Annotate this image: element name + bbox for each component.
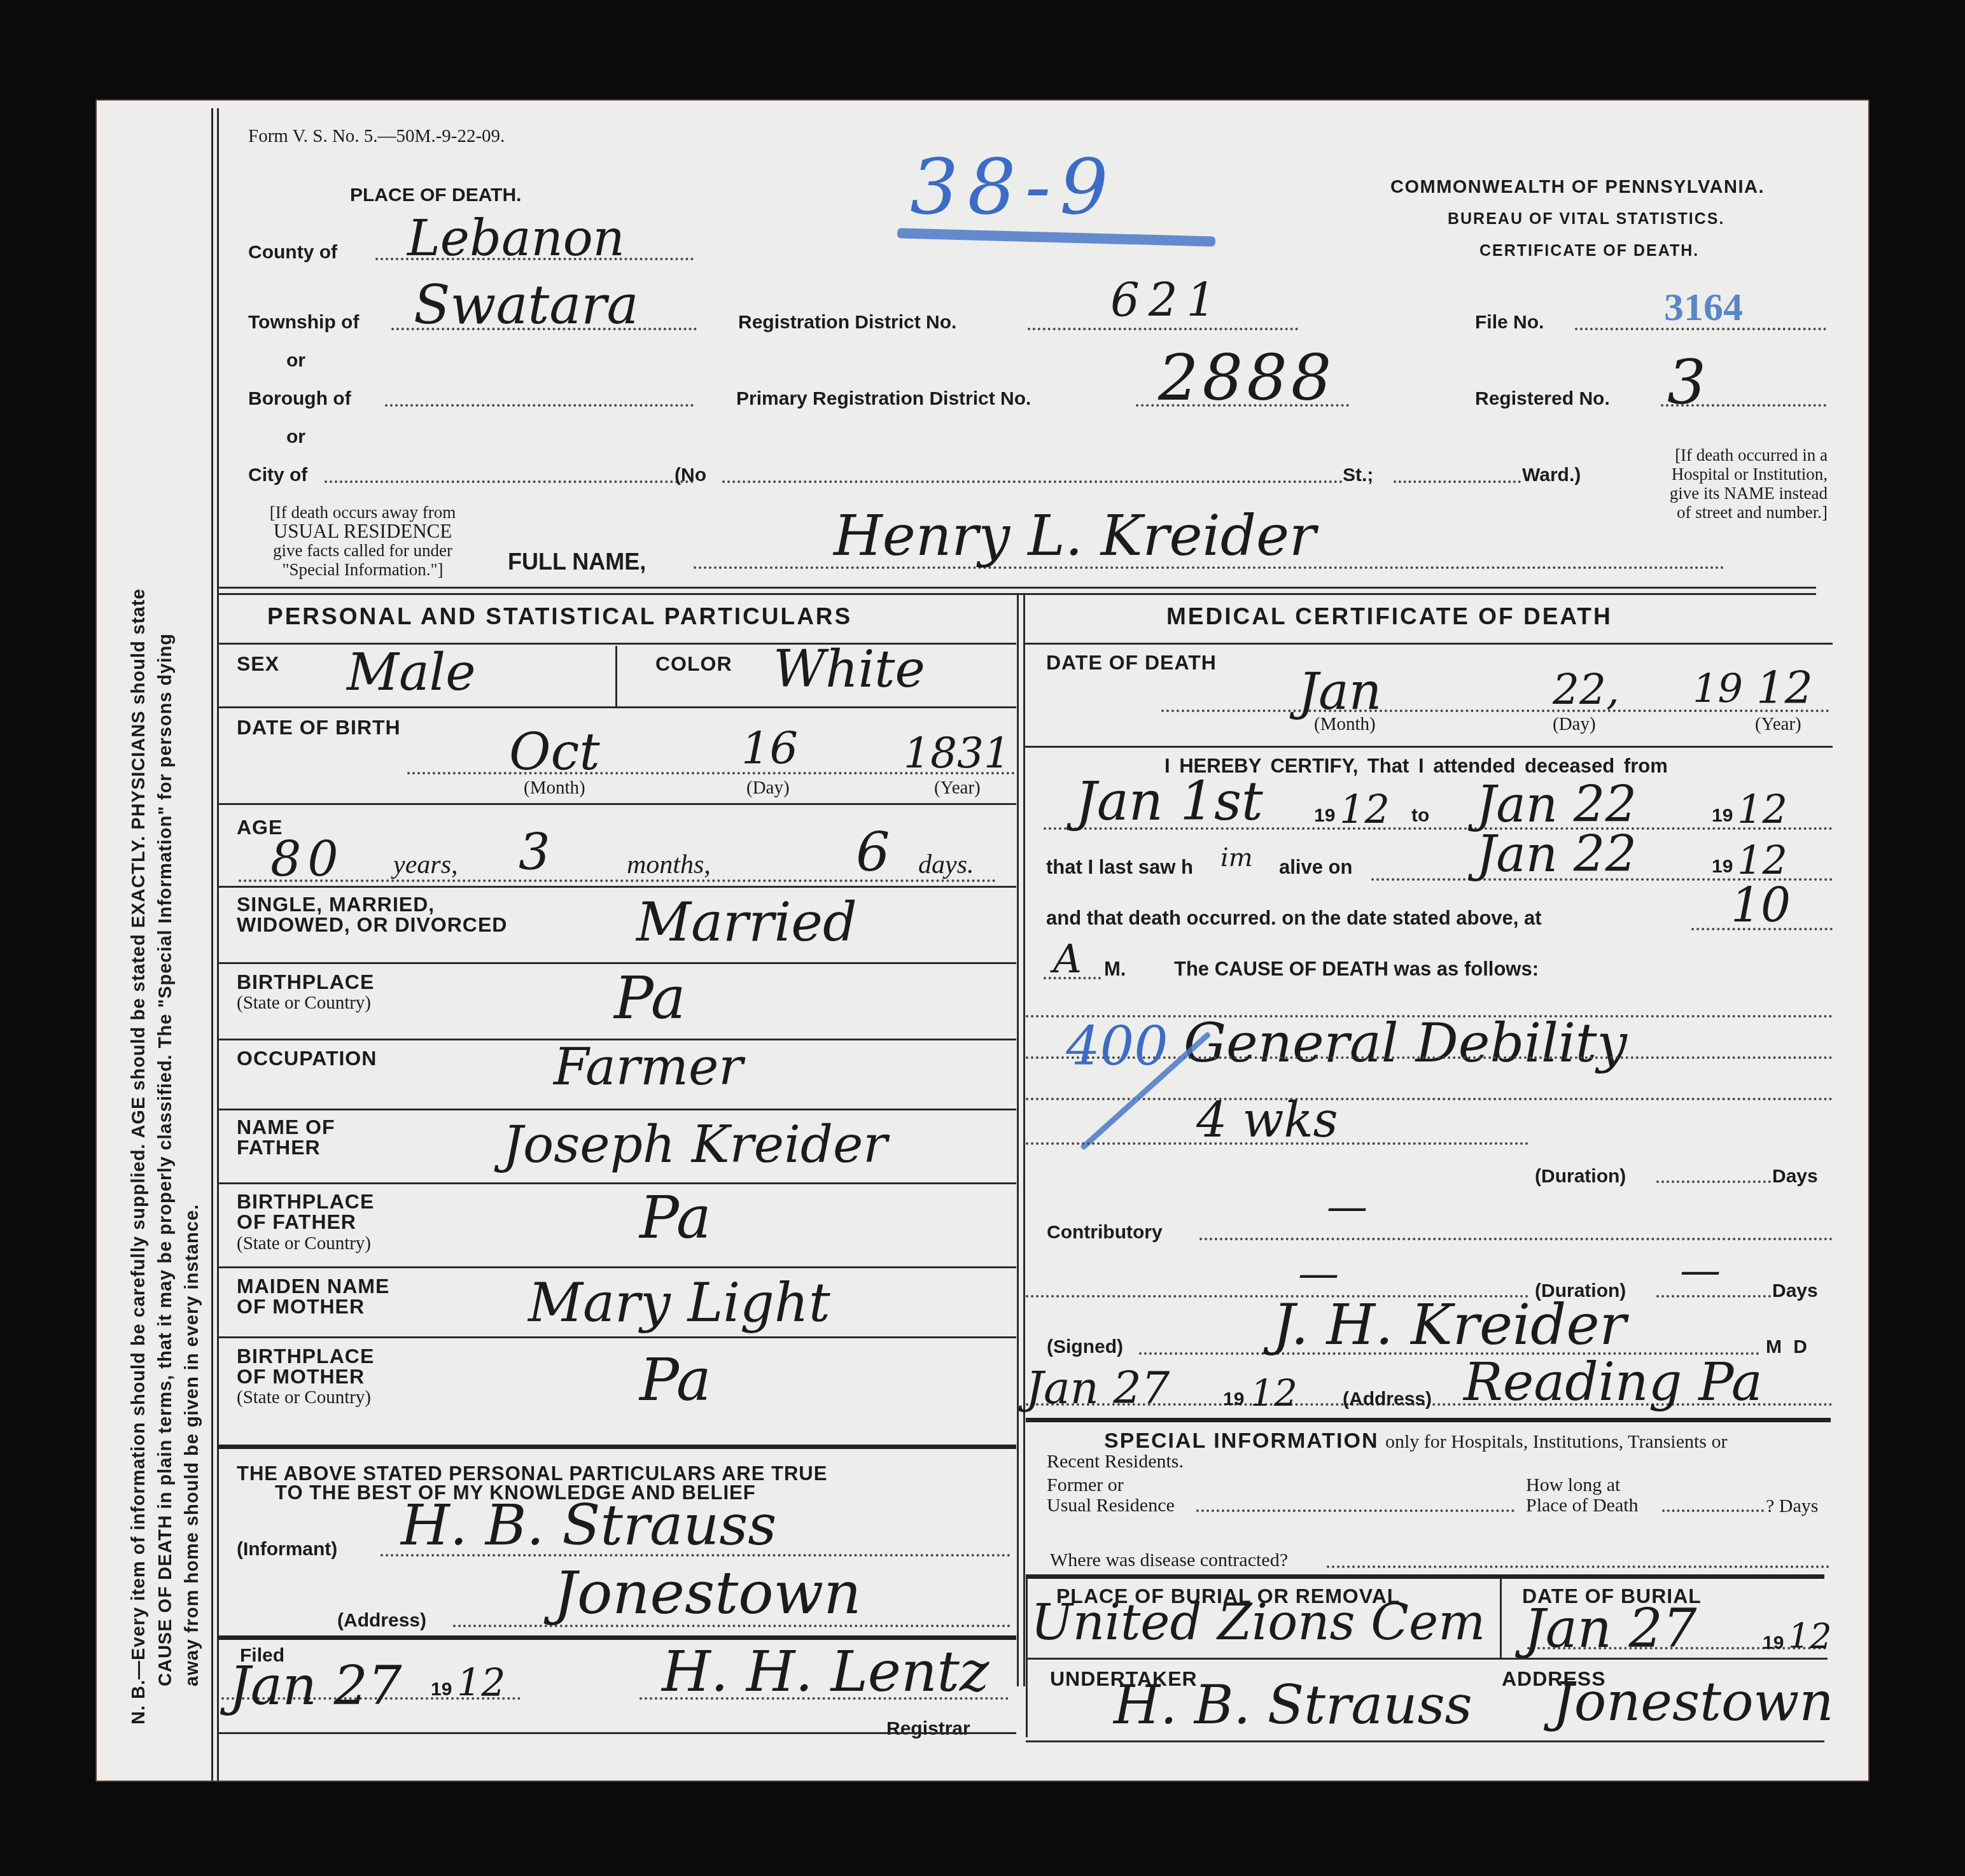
last-saw-year: 12 (1737, 837, 1787, 883)
borough-field-line (385, 404, 694, 407)
contributory-label: Contributory (1047, 1222, 1163, 1243)
how-long-days: ? Days (1766, 1495, 1818, 1517)
burial-divider (1500, 1578, 1502, 1658)
primary-district-label: Primary Registration District No. (736, 388, 1031, 410)
contributory-dash: — (1298, 1250, 1339, 1298)
residence-note-line: USUAL RESIDENCE (245, 522, 480, 541)
burial-year-prefix: 19 (1763, 1632, 1784, 1654)
how-long-label: How long at Place of Death (1526, 1475, 1639, 1516)
ward-field-line (1394, 480, 1521, 483)
attended-to-year: 12 (1737, 786, 1787, 832)
registration-district-value: 621 (1110, 274, 1224, 327)
physician-address-label: (Address) (1343, 1389, 1432, 1410)
dob-year: 1831 (904, 729, 1010, 778)
birthplace-caption: (State or Country) (237, 993, 371, 1014)
father-label-line: NAME OF (237, 1117, 335, 1137)
row-rule (218, 1182, 1016, 1184)
age-days: 6 (856, 821, 890, 883)
occupation-value: Farmer (554, 1037, 743, 1096)
former-label-line: Former or (1047, 1475, 1175, 1495)
title-line-2: BUREAU OF VITAL STATISTICS. (1448, 210, 1724, 228)
dob-label: DATE OF BIRTH (237, 716, 401, 739)
contributory-value: — (1327, 1184, 1367, 1231)
row-rule (218, 886, 1016, 888)
mother-birthplace-caption: (State or Country) (237, 1387, 371, 1408)
full-name-value: Henry L. Kreider (834, 503, 1316, 568)
mother-label-line: MAIDEN NAME (237, 1276, 389, 1296)
contracted-line (1327, 1565, 1829, 1568)
signed-year-prefix: 19 (1223, 1389, 1244, 1410)
contributory-days-label: Days (1772, 1280, 1818, 1302)
signed-year: 12 (1250, 1371, 1297, 1415)
color-label: COLOR (655, 652, 732, 676)
occupation-label: OCCUPATION (237, 1047, 377, 1070)
center-divider-1 (1017, 595, 1019, 1686)
hospital-note-line: Hospital or Institution, (1611, 465, 1828, 484)
row-rule (218, 1109, 1016, 1110)
undertaker-value: H. B. Strauss (1114, 1674, 1472, 1736)
mother-bp-label-line: OF MOTHER (237, 1366, 374, 1387)
file-no-value: 3164 (1664, 285, 1743, 330)
age-years-word: years, (393, 850, 458, 880)
marital-value: Married (636, 891, 857, 953)
former-residence-label: Former or Usual Residence (1047, 1475, 1175, 1516)
margin-note-line3: away from home should be given in every … (181, 1204, 204, 1686)
m-label: M. (1104, 958, 1126, 981)
row-rule (218, 1266, 1016, 1268)
meridiem-value: A (1053, 935, 1082, 982)
primary-district-value: 2888 (1158, 340, 1336, 415)
burial-date-value: Jan 27 (1524, 1597, 1696, 1660)
street-number-label: (No (675, 465, 706, 486)
contributory-duration-value: — (1680, 1247, 1721, 1294)
residence-note-line: [If death occurs away from (245, 503, 480, 522)
informant-label: (Informant) (237, 1539, 337, 1560)
dob-month-caption: (Month) (524, 778, 585, 799)
residence-note: [If death occurs away from USUAL RESIDEN… (245, 503, 480, 579)
registration-district-line (1028, 328, 1298, 330)
or-label-1: or (286, 350, 305, 372)
cause-value: General Debility (1184, 1012, 1627, 1074)
borough-label: Borough of (248, 388, 351, 410)
registered-no-value: 3 (1667, 347, 1706, 418)
row-rule (1026, 1658, 1828, 1660)
full-name-label: FULL NAME, (508, 549, 646, 575)
county-label: County of (248, 242, 337, 263)
row-rule (1026, 1740, 1824, 1742)
attended-from: Jan 1st (1075, 770, 1263, 832)
how-long-line (1662, 1509, 1764, 1512)
personal-heading: PERSONAL AND STATISTICAL PARTICULARS (267, 603, 852, 630)
margin-note-line2: CAUSE OF DEATH in plain terms, that it m… (154, 633, 177, 1686)
dod-day-caption: (Day) (1553, 714, 1596, 735)
burial-place-value: United Zions Cem (1031, 1594, 1485, 1651)
undertaker-address-value: Jonestown (1553, 1670, 1834, 1733)
age-years: 80 (270, 830, 345, 887)
marital-label-line: SINGLE, MARRIED, (237, 894, 507, 914)
county-value: Lebanon (407, 210, 625, 267)
section-rule (1026, 1418, 1831, 1422)
township-label: Township of (248, 312, 359, 333)
file-no-label: File No. (1475, 312, 1544, 333)
or-label-2: or (286, 426, 305, 448)
father-bp-label-line: BIRTHPLACE (237, 1191, 374, 1212)
birthplace-label: BIRTHPLACE (237, 970, 374, 994)
md-label: M D (1766, 1336, 1807, 1358)
dod-label: DATE OF DEATH (1046, 651, 1217, 675)
attended-from-year: 12 (1339, 786, 1390, 832)
duration-value: 4 wks (1196, 1091, 1338, 1148)
marital-label: SINGLE, MARRIED, WIDOWED, OR DIVORCED (237, 894, 507, 935)
signed-date: Jan 27 (1026, 1362, 1170, 1414)
sex-color-divider (615, 646, 617, 706)
registered-no-label: Registered No. (1475, 388, 1610, 410)
duration-days-label: Days (1772, 1166, 1818, 1187)
attended-to-year-prefix: 19 (1712, 805, 1733, 827)
row-rule (218, 803, 1016, 805)
hospital-note-line: give its NAME instead (1611, 484, 1828, 503)
mother-value: Mary Light (528, 1271, 830, 1334)
contributory-days-line (1656, 1295, 1771, 1298)
registrar-signature: H. H. Lentz (662, 1639, 989, 1704)
signed-label: (Signed) (1047, 1336, 1123, 1358)
row-rule (218, 1732, 1016, 1734)
color-value: White (773, 640, 925, 699)
filed-date: Jan 27 (229, 1655, 402, 1717)
last-saw-date: Jan 22 (1476, 826, 1637, 883)
residence-note-line: "Special Information."] (245, 560, 480, 579)
dob-month: Oct (509, 722, 600, 781)
stamp-code-text: 400 (1066, 1015, 1168, 1077)
informant-address-label: (Address) (337, 1610, 426, 1632)
dod-year: 12 (1756, 662, 1813, 714)
dob-year-caption: (Year) (934, 778, 981, 799)
last-saw-pronoun: im (1220, 843, 1253, 872)
father-birthplace-value: Pa (640, 1184, 711, 1252)
stamp-number: 38-9 (910, 143, 1117, 232)
city-field-line (325, 480, 694, 483)
sex-value: Male (347, 643, 476, 702)
filed-year-prefix: 19 (431, 1679, 452, 1700)
header-rule-1 (218, 587, 1816, 589)
father-birthplace-caption: (State or Country) (237, 1233, 371, 1254)
mother-label: MAIDEN NAME OF MOTHER (237, 1276, 389, 1317)
burial-year: 12 (1788, 1616, 1832, 1656)
to-label: to (1411, 805, 1429, 827)
birthplace-value: Pa (614, 964, 686, 1032)
attended-to: Jan 22 (1476, 776, 1637, 834)
form-number: Form V. S. No. 5.—50M.-9-22-09. (248, 126, 505, 147)
alive-on-label: alive on (1279, 856, 1352, 879)
registrar-label: Registrar (886, 1718, 970, 1740)
physician-address: Reading Pa (1464, 1352, 1763, 1413)
ward-label: Ward.) (1522, 465, 1581, 486)
section-rule (218, 1445, 1016, 1449)
dob-day: 16 (741, 722, 798, 774)
street-label: St.; (1343, 465, 1373, 486)
row-rule (1024, 746, 1833, 748)
filed-year: 12 (457, 1661, 505, 1705)
informant-address-value: Jonestown (554, 1559, 862, 1627)
title-line-1: COMMONWEALTH OF PENNSYLVANIA. (1390, 177, 1765, 198)
father-value: Joseph Kreider (503, 1115, 888, 1174)
father-label-line: FATHER (237, 1137, 335, 1158)
father-bp-label-line: OF FATHER (237, 1212, 374, 1232)
section-rule (1026, 1574, 1824, 1579)
father-label: NAME OF FATHER (237, 1117, 335, 1158)
special-heading: SPECIAL INFORMATION only for Hospitals, … (1104, 1429, 1728, 1453)
center-divider-2 (1023, 595, 1025, 1686)
cause-line-3 (1026, 1098, 1833, 1100)
margin-note-line1: N. B.—Every item of information should b… (127, 589, 150, 1725)
contributory-line (1199, 1238, 1833, 1240)
certificate-paper (95, 99, 1870, 1782)
time-hour: 10 (1731, 878, 1791, 933)
father-birthplace-label: BIRTHPLACE OF FATHER (237, 1191, 374, 1232)
last-saw-year-prefix: 19 (1712, 856, 1733, 878)
age-months-word: months, (627, 850, 711, 880)
hospital-note-line: [If death occurred in a (1611, 445, 1828, 465)
registration-district-label: Registration District No. (738, 312, 956, 333)
hospital-note-line: of street and number.] (1611, 503, 1828, 522)
special-line-2: Recent Residents. (1047, 1451, 1184, 1473)
row-rule (218, 706, 1016, 708)
medical-heading: MEDICAL CERTIFICATE OF DEATH (1166, 603, 1612, 630)
row-rule (218, 1336, 1016, 1338)
place-of-death-heading: PLACE OF DEATH. (350, 185, 521, 206)
informant-value: H. B. Strauss (401, 1492, 776, 1558)
dod-month-caption: (Month) (1314, 714, 1376, 735)
duration-days-line (1656, 1180, 1771, 1183)
township-value: Swatara (414, 274, 639, 336)
margin-rule-1 (211, 108, 213, 1781)
attended-from-year-prefix: 19 (1314, 805, 1335, 827)
sex-label: SEX (237, 652, 279, 676)
street-field-line (722, 480, 1343, 483)
mother-birthplace-value: Pa (640, 1346, 711, 1414)
hospital-note: [If death occurred in a Hospital or Inst… (1611, 445, 1828, 522)
former-residence-line (1196, 1509, 1514, 1512)
dod-year-prefix: 19 (1693, 665, 1743, 711)
title-line-3: CERTIFICATE OF DEATH. (1479, 242, 1699, 260)
cause-text: The CAUSE OF DEATH was as follows: (1174, 958, 1539, 981)
dod-day: 22, (1553, 665, 1619, 714)
mother-label-line: OF MOTHER (237, 1296, 389, 1317)
row-rule (1024, 643, 1833, 645)
last-saw-label: that I last saw h (1046, 856, 1193, 879)
residence-note-line: give facts called for under (245, 541, 480, 560)
age-days-word: days. (918, 850, 974, 880)
special-heading-title: SPECIAL INFORMATION (1104, 1429, 1379, 1453)
special-heading-rest: only for Hospitals, Institutions, Transi… (1385, 1431, 1728, 1452)
duration-label: (Duration) (1535, 1166, 1626, 1187)
physician-signature: J. H. Kreider (1273, 1292, 1626, 1357)
marital-label-line: WIDOWED, OR DIVORCED (237, 914, 507, 935)
how-long-label-line: How long at (1526, 1475, 1639, 1495)
occurred-text: and that death occurred. on the date sta… (1046, 907, 1542, 930)
margin-rule-2 (217, 108, 219, 1781)
dob-day-caption: (Day) (746, 778, 790, 799)
city-label: City of (248, 465, 307, 486)
dod-month: Jan (1298, 662, 1381, 721)
mother-birthplace-label: BIRTHPLACE OF MOTHER (237, 1346, 374, 1387)
age-months: 3 (519, 824, 550, 881)
dod-year-caption: (Year) (1755, 714, 1801, 735)
mother-bp-label-line: BIRTHPLACE (237, 1346, 374, 1366)
contracted-label: Where was disease contracted? (1050, 1550, 1288, 1571)
former-label-line: Usual Residence (1047, 1495, 1175, 1516)
how-long-label-line: Place of Death (1526, 1495, 1639, 1516)
